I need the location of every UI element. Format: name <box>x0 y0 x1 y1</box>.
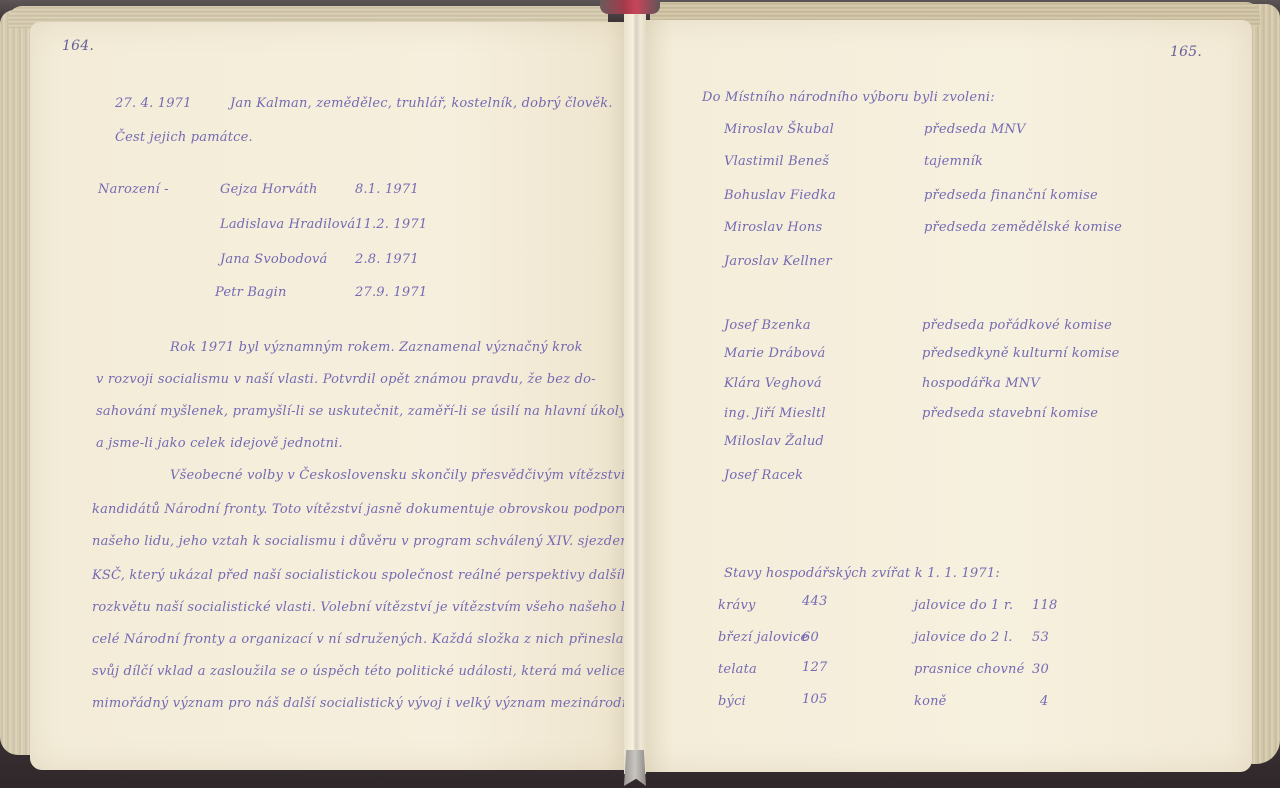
member-role: předseda zemědělské komise <box>924 220 1122 235</box>
text-line: svůj dílčí vklad a zasloužila se o úspěc… <box>92 664 626 679</box>
member-role: předseda finanční komise <box>924 188 1098 203</box>
birth-date: 11.2. 1971 <box>355 217 427 232</box>
page-number-left: 164. <box>62 38 94 54</box>
death-date: 27. 4. 1971 <box>115 96 192 111</box>
member-name: Josef Racek <box>724 468 803 483</box>
text-line: mimořádný význam pro náš další socialist… <box>92 696 639 711</box>
text-line: a jsme-li jako celek idejově jednotni. <box>96 436 343 451</box>
member-name: Klára Veghová <box>724 376 822 391</box>
livestock-value: 118 <box>1032 598 1057 613</box>
livestock-label: jalovice do 2 l. <box>914 630 1013 645</box>
birth-date: 2.8. 1971 <box>355 252 419 267</box>
right-page: 165. Do Místního národního výboru byli z… <box>642 20 1252 772</box>
birth-name: Jana Svobodová <box>220 252 328 267</box>
member-role: tajemník <box>924 154 983 169</box>
livestock-value: 4 <box>1040 694 1048 709</box>
livestock-heading: Stavy hospodářských zvířat k 1. 1. 1971: <box>724 566 1000 581</box>
text-line: KSČ, který ukázal před naší socialistick… <box>92 568 638 583</box>
member-name: ing. Jiří Miesltl <box>724 406 826 421</box>
livestock-value: 53 <box>1032 630 1049 645</box>
birth-name: Gejza Horváth <box>220 182 318 197</box>
livestock-label: býci <box>718 694 746 709</box>
livestock-label: jalovice do 1 r. <box>914 598 1013 613</box>
livestock-label: prasnice chovné <box>914 662 1025 677</box>
livestock-value: 30 <box>1032 662 1049 677</box>
livestock-label: březí jalovice <box>718 630 808 645</box>
member-role: předsedkyně kulturní komise <box>922 346 1120 361</box>
text-line: kandidátů Národní fronty. Toto vítězství… <box>92 502 630 517</box>
livestock-value: 127 <box>802 660 827 675</box>
member-role: hospodářka MNV <box>922 376 1040 391</box>
member-name: Miroslav Hons <box>724 220 822 235</box>
livestock-value: 443 <box>802 594 827 609</box>
member-name: Miroslav Škubal <box>724 122 834 137</box>
text-line: našeho lidu, jeho vztah k socialismu i d… <box>92 534 633 549</box>
text-line: rozkvětu naší socialistické vlasti. Vole… <box>92 600 651 615</box>
member-role: předseda stavební komise <box>922 406 1098 421</box>
member-name: Jaroslav Kellner <box>724 254 832 269</box>
left-page: 164. 27. 4. 1971 Jan Kalman, zemědělec, … <box>30 22 630 770</box>
birth-name: Petr Bagin <box>215 285 287 300</box>
committee-heading: Do Místního národního výboru byli zvolen… <box>702 90 995 105</box>
member-name: Vlastimil Beneš <box>724 154 829 169</box>
member-name: Miloslav Žalud <box>724 434 824 449</box>
death-continuation: Čest jejich památce. <box>115 130 253 145</box>
birth-date: 27.9. 1971 <box>355 285 427 300</box>
member-role: předseda pořádkové komise <box>922 318 1112 333</box>
livestock-label: telata <box>718 662 757 677</box>
book-gutter <box>624 14 646 774</box>
member-role: předseda MNV <box>924 122 1026 137</box>
text-line: sahování myšlenek, pramyšlí-li se uskute… <box>96 404 627 419</box>
death-text: Jan Kalman, zemědělec, truhlář, kostelní… <box>230 96 613 111</box>
member-name: Bohuslav Fiedka <box>724 188 836 203</box>
text-line: v rozvoji socialismu v naší vlasti. Potv… <box>96 372 596 387</box>
birth-date: 8.1. 1971 <box>355 182 419 197</box>
member-name: Marie Drábová <box>724 346 826 361</box>
bookmark-ribbon-top <box>600 0 660 14</box>
livestock-value: 60 <box>802 630 819 645</box>
birth-name: Ladislava Hradilová <box>220 217 355 232</box>
livestock-label: koně <box>914 694 947 709</box>
text-line: celé Národní fronty a organizací v ní sd… <box>92 632 624 647</box>
livestock-value: 105 <box>802 692 827 707</box>
births-label: Narození - <box>98 182 169 197</box>
page-number-right: 165. <box>1170 44 1202 60</box>
text-line: Rok 1971 byl významným rokem. Zaznamenal… <box>170 340 583 355</box>
livestock-label: krávy <box>718 598 756 613</box>
member-name: Josef Bzenka <box>724 318 811 333</box>
text-line: Všeobecné volby v Československu skončil… <box>170 468 637 483</box>
